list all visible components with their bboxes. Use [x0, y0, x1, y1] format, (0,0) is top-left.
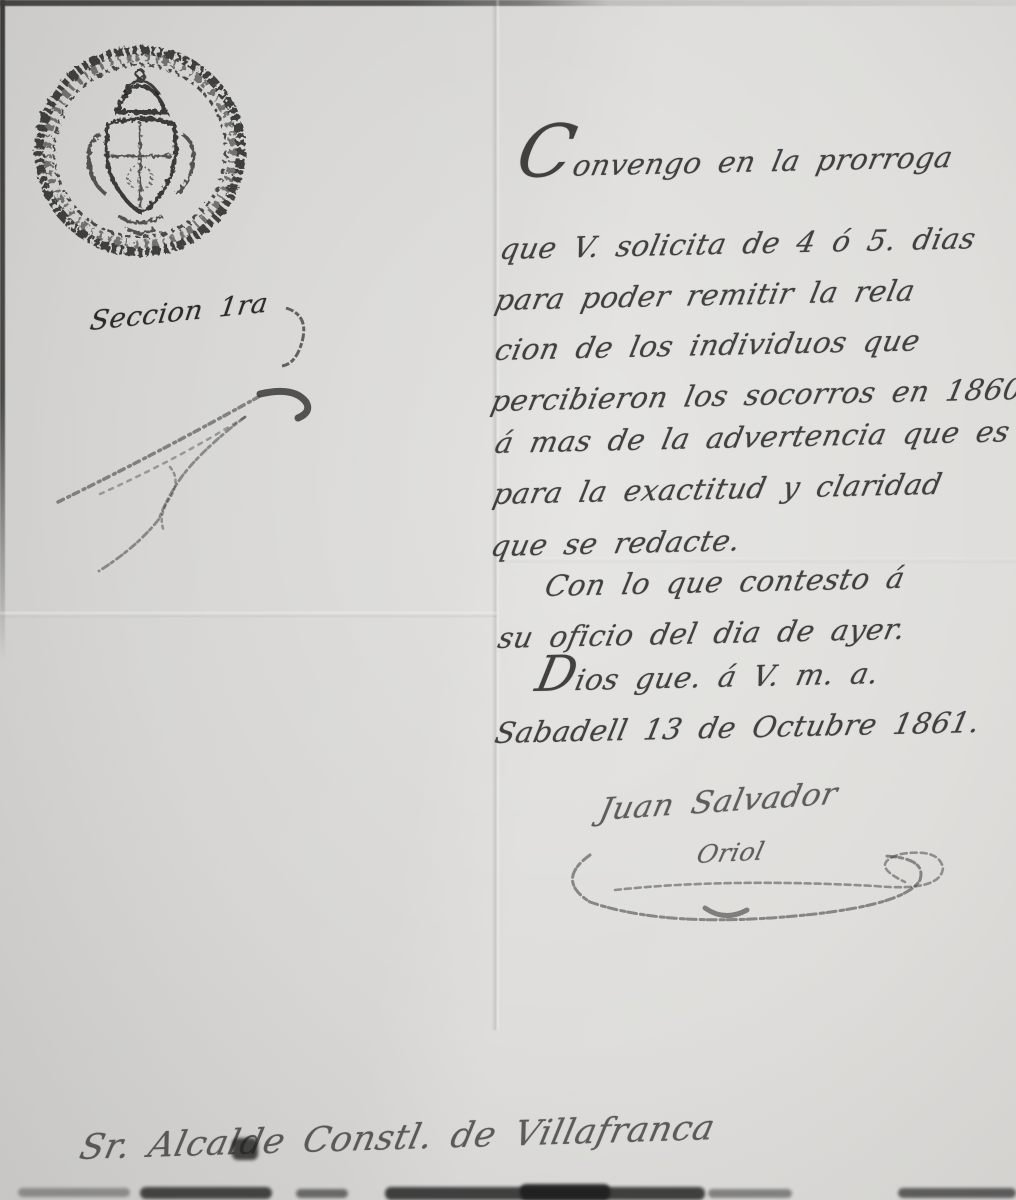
body-line: para la exactitud y claridad	[490, 467, 945, 511]
margin-note-flourish	[268, 300, 328, 370]
vertical-fold-crease	[492, 0, 500, 1030]
bottom-edge-blotch	[296, 1189, 348, 1198]
scanned-letter-page: Seccion 1ra Convengo en la prorroga que …	[0, 0, 1016, 1200]
horizontal-fold-crease-left	[0, 612, 497, 617]
body-line: percibieron los socorros en 1860,	[488, 372, 1016, 418]
body-line: Convengo en la prorroga	[512, 140, 956, 184]
official-seal-icon	[30, 38, 250, 268]
bottom-edge-blotch	[18, 1188, 130, 1197]
ink-blot	[232, 1138, 258, 1160]
body-line: Sabadell 13 de Octubre 1861.	[492, 705, 983, 750]
body-line: Con lo que contesto á	[542, 561, 908, 603]
bottom-edge-blotch	[708, 1189, 792, 1198]
body-line: Dios gue. á V. m. a.	[532, 656, 882, 698]
body-line: que se redacte.	[488, 523, 744, 563]
address-line: Sr. Alcalde Constl. de Villafranca	[76, 1108, 719, 1168]
rubric-flourish	[10, 372, 330, 572]
body-line: á mas de la advertencia que es	[492, 414, 1013, 460]
scan-left-edge	[0, 0, 5, 660]
body-line: que V. solicita de 4 ó 5. dias	[497, 221, 979, 266]
body-line: cion de los individuos que	[492, 323, 923, 367]
scan-top-edge	[0, 0, 1016, 6]
margin-section-note: Seccion 1ra	[88, 288, 270, 337]
bottom-edge-blotch	[520, 1184, 610, 1200]
body-line: para poder remitir la rela	[492, 274, 918, 317]
bottom-edge-blotch	[140, 1187, 272, 1199]
bottom-edge-blotch	[898, 1188, 1016, 1198]
signature-flourish	[545, 820, 965, 930]
